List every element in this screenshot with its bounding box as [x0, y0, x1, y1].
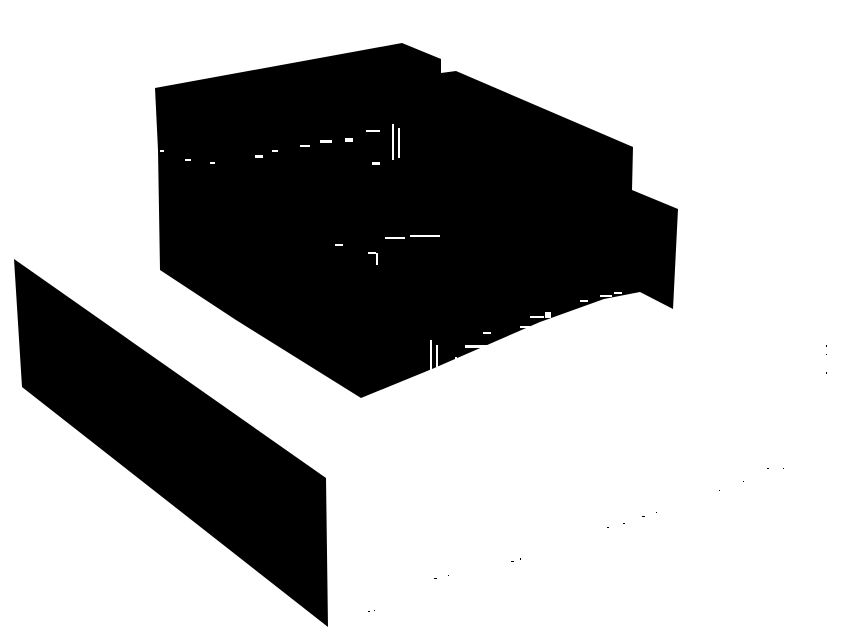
stepped-block	[155, 43, 678, 398]
render-canvas	[0, 0, 854, 634]
ground-dots	[368, 345, 827, 612]
